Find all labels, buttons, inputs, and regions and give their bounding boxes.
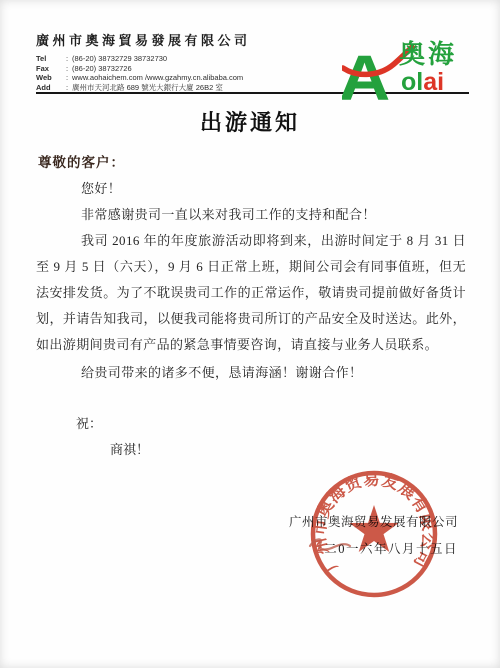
- salutation: 尊敬的客户：: [38, 151, 125, 171]
- notice-title: 出游通知: [0, 106, 500, 137]
- paragraph-apology: 给贵司带来的诸多不便，恳请海涵！谢谢合作！: [36, 360, 466, 386]
- letterhead: 廣州市奧海貿易發展有限公司 Tel : (86-20) 38732729 387…: [36, 30, 251, 92]
- add-label: Add: [36, 83, 62, 93]
- add-value: 廣州市天河北路 689 號光大銀行大廈 26B2 室: [72, 83, 223, 93]
- colon: :: [62, 54, 72, 64]
- contact-row-add: Add : 廣州市天河北路 689 號光大銀行大廈 26B2 室: [36, 83, 251, 93]
- colon: :: [62, 64, 72, 74]
- company-name: 廣州市奧海貿易發展有限公司: [36, 30, 251, 49]
- colon: :: [62, 73, 72, 83]
- logo-latin-green: ol: [401, 68, 423, 96]
- logo-latin-text: olai: [401, 68, 444, 96]
- tel-value: (86-20) 38732729 38732730: [72, 54, 167, 64]
- colon: :: [62, 83, 72, 93]
- seal-star-icon: [349, 505, 398, 552]
- contact-row-web: Web : www.aohaichem.com /www.gzahmy.cn.a…: [36, 73, 251, 83]
- paragraph-notice-body: 我司 2016 年的年度旅游活动即将到来，出游时间定于 8 月 31 日至 9 …: [36, 228, 466, 358]
- letter-page: 廣州市奧海貿易發展有限公司 Tel : (86-20) 38732729 387…: [0, 0, 500, 668]
- paragraph-greeting: 您好！: [36, 176, 466, 202]
- contact-info: Tel : (86-20) 38732729 38732730 Fax : (8…: [36, 54, 251, 92]
- fax-value: (86-20) 38732726: [72, 64, 132, 74]
- paragraph-thanks: 非常感谢贵司一直以来对我司工作的支持和配合！: [36, 202, 466, 228]
- tel-label: Tel: [36, 54, 62, 64]
- contact-row-fax: Fax : (86-20) 38732726: [36, 64, 251, 74]
- logo-cn-text: 奥海: [399, 39, 457, 69]
- web-value: www.aohaichem.com /www.gzahmy.cn.alibaba…: [72, 73, 243, 83]
- contact-row-tel: Tel : (86-20) 38732729 38732730: [36, 54, 251, 64]
- logo-latin-red: ai: [423, 68, 444, 96]
- closing-wish: 祝：: [76, 413, 102, 432]
- aohai-logo-icon: A 奥海 olai: [342, 34, 492, 110]
- closing-regards: 商祺！: [110, 439, 149, 458]
- company-seal-stamp: 广州市奥海贸易发展有限公司: [304, 464, 444, 604]
- web-label: Web: [36, 73, 62, 83]
- fax-label: Fax: [36, 64, 62, 74]
